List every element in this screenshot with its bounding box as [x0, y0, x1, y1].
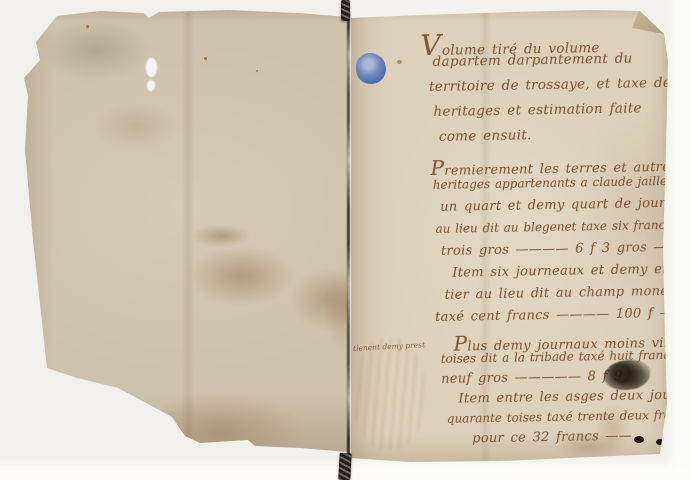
ink-dot	[656, 439, 664, 445]
ink-dot	[634, 436, 644, 443]
manuscript-line: pour ce 32 francs ——	[472, 428, 678, 452]
manuscript-scan: Volume tiré du volumedapartem darpanteme…	[0, 0, 691, 480]
rust-speck	[86, 25, 89, 28]
paper-hole	[145, 57, 158, 78]
paper-crease	[182, 8, 194, 456]
manuscript-line: come ensuit.	[439, 125, 673, 154]
rust-speck	[204, 57, 207, 60]
binding-cord-bottom	[338, 453, 351, 480]
left-page	[16, 8, 348, 456]
right-page: Volume tiré du volumedapartem darpanteme…	[351, 8, 671, 464]
binding-gutter-shadow	[347, 14, 350, 456]
paper-hole	[146, 79, 156, 92]
binding-cord-top	[341, 0, 350, 21]
rust-speck	[256, 70, 258, 72]
